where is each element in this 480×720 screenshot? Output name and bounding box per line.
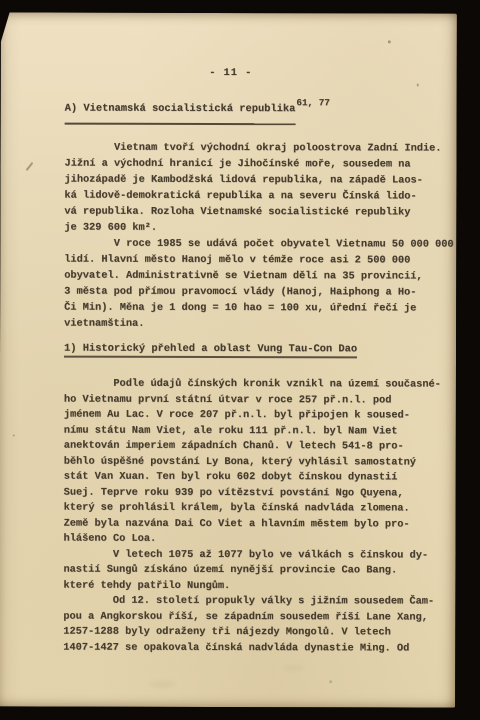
scan-background: - 11 - A) Vietnamská socialistická repub… [0,0,480,720]
paragraph-cao-bang: V letech 1075 až 1077 bylo ve válkách s … [63,547,459,595]
page-number: - 11 - [21,66,441,79]
subsection-heading: 1) Historický přehled a oblast Vung Tau-… [64,343,357,359]
chapter-heading-label: A) Vietnamská socialistická republika [65,103,296,126]
paper-smudge [284,665,304,671]
paragraph-population: V roce 1985 se udává počet obyvatel Viet… [64,236,460,333]
paper-speck [417,83,419,86]
paper-speck [388,40,391,43]
footnote-reference: 61, 77 [296,97,330,108]
paper-speck [13,434,15,436]
paragraph-early-history: Podle údajů čínských kronik vznikl na úz… [64,377,460,549]
intro-text-block: Vietnam tvoří východní okraj poloostrova… [64,140,461,333]
paper-sheet: - 11 - A) Vietnamská socialistická repub… [0,12,457,707]
subsection-heading-label: 1) Historický přehled a oblast Vung Tau-… [64,343,357,359]
chapter-heading: A) Vietnamská socialistická republika61,… [65,97,330,126]
paragraph-wars: Od 12. století propukly války s jižním s… [63,594,459,657]
paper-smudge [149,681,175,688]
history-text-block: Podle údajů čínských kronik vznikl na úz… [63,377,460,657]
paper-corner-fold [0,11,10,45]
paper-speck [329,680,332,683]
pen-mark [26,162,34,171]
paragraph-geography: Vietnam tvoří východní okraj poloostrova… [64,140,460,237]
